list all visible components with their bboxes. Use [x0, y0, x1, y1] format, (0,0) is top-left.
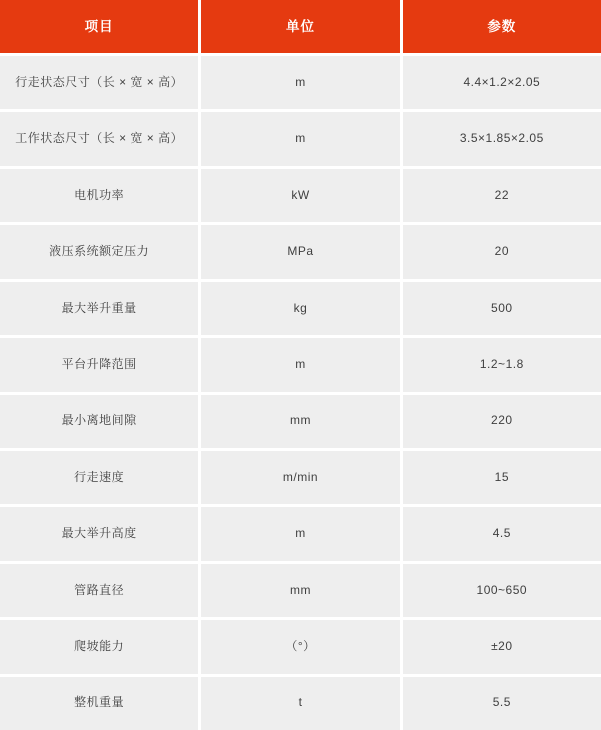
item-cell: 最大举升重量: [0, 282, 198, 335]
item-cell: 行走速度: [0, 451, 198, 504]
item-cell: 最大举升高度: [0, 507, 198, 560]
unit-cell: m: [201, 112, 399, 165]
item-cell: 液压系统额定压力: [0, 225, 198, 278]
column-header-unit: 单位: [201, 0, 399, 53]
param-cell: 5.5: [403, 677, 601, 730]
param-cell: ±20: [403, 620, 601, 673]
param-cell: 20: [403, 225, 601, 278]
param-cell: 220: [403, 395, 601, 448]
param-cell: 3.5×1.85×2.05: [403, 112, 601, 165]
item-cell: 爬坡能力: [0, 620, 198, 673]
param-cell: 22: [403, 169, 601, 222]
item-cell: 行走状态尺寸（长 × 宽 × 高）: [0, 56, 198, 109]
unit-cell: m: [201, 56, 399, 109]
spec-table: 项目 单位 参数 行走状态尺寸（长 × 宽 × 高） m 4.4×1.2×2.0…: [0, 0, 601, 730]
item-cell: 最小离地间隙: [0, 395, 198, 448]
param-cell: 4.5: [403, 507, 601, 560]
unit-cell: m: [201, 338, 399, 391]
column-header-parameter: 参数: [403, 0, 601, 53]
unit-cell: mm: [201, 564, 399, 617]
unit-cell: mm: [201, 395, 399, 448]
item-cell: 整机重量: [0, 677, 198, 730]
unit-cell: m: [201, 507, 399, 560]
unit-cell: MPa: [201, 225, 399, 278]
item-cell: 电机功率: [0, 169, 198, 222]
item-cell: 管路直径: [0, 564, 198, 617]
unit-cell: m/min: [201, 451, 399, 504]
item-cell: 工作状态尺寸（长 × 宽 × 高）: [0, 112, 198, 165]
param-cell: 15: [403, 451, 601, 504]
unit-cell: kg: [201, 282, 399, 335]
param-cell: 1.2~1.8: [403, 338, 601, 391]
column-header-item: 项目: [0, 0, 198, 53]
unit-cell: kW: [201, 169, 399, 222]
unit-cell: t: [201, 677, 399, 730]
param-cell: 100~650: [403, 564, 601, 617]
param-cell: 4.4×1.2×2.05: [403, 56, 601, 109]
param-cell: 500: [403, 282, 601, 335]
unit-cell: （°）: [201, 620, 399, 673]
item-cell: 平台升降范围: [0, 338, 198, 391]
